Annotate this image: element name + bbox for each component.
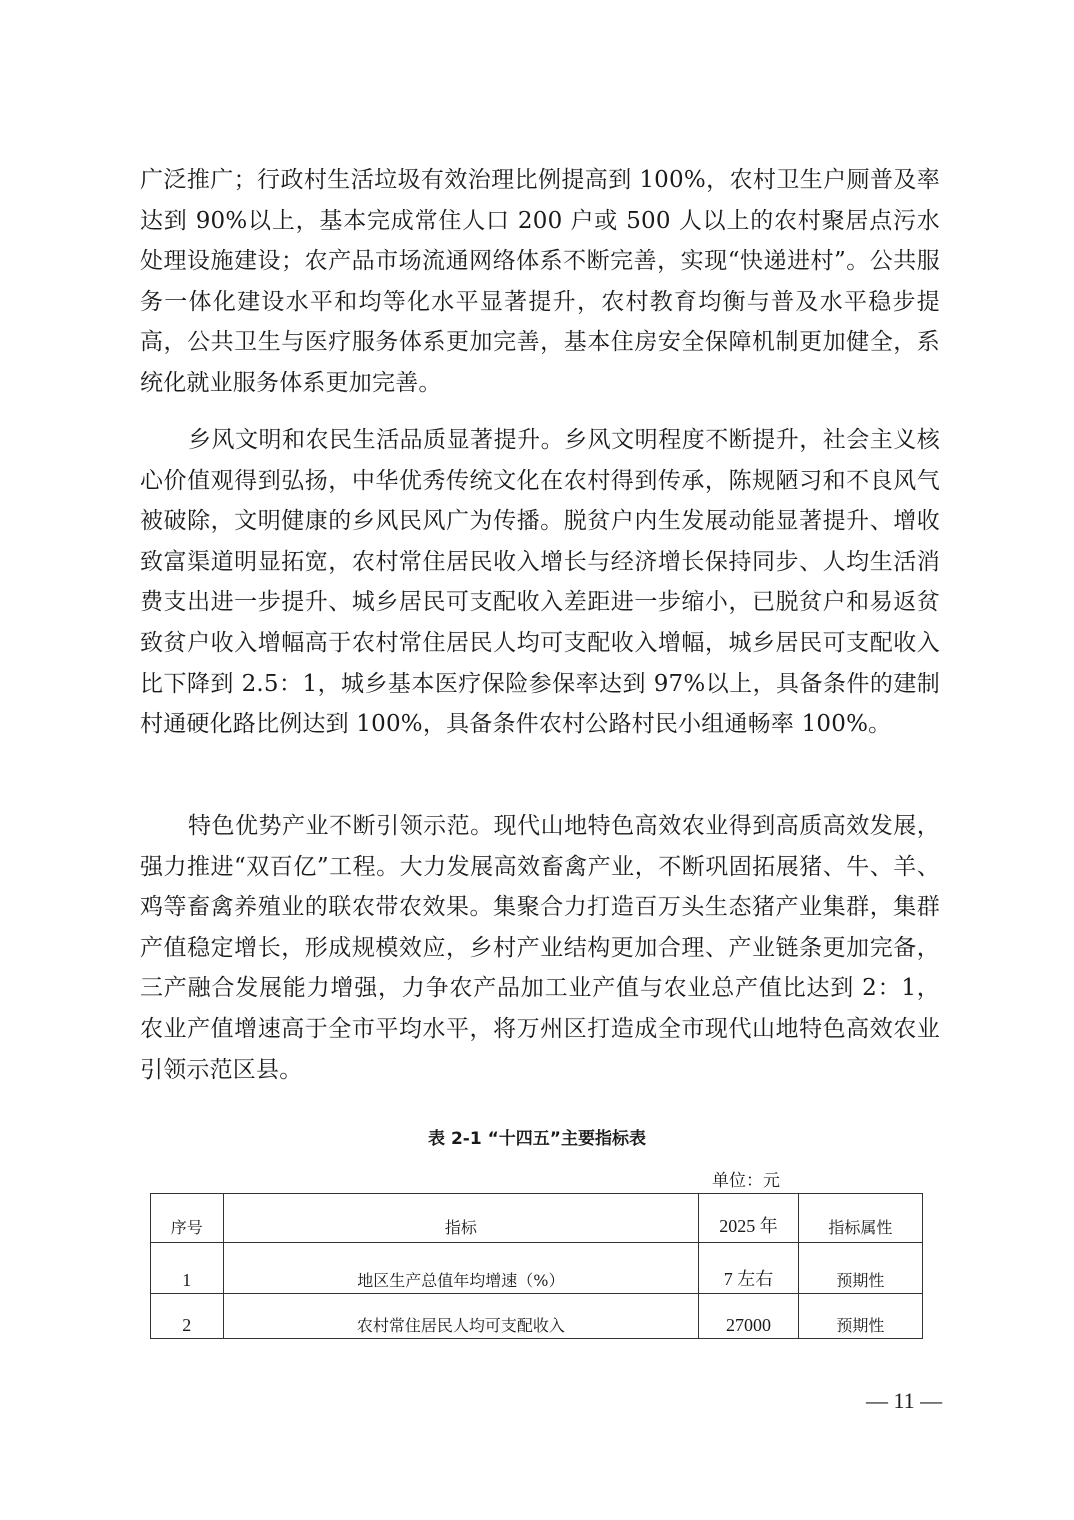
cell-value: 27000 <box>699 1294 799 1339</box>
paragraph-featured-industries: 特色优势产业不断引领示范。现代山地特色高效农业得到高质高效发展，强力推进“双百亿… <box>140 806 940 1090</box>
document-page: 广泛推广；行政村生活垃圾有效治理比例提高到 100%，农村卫生户厕普及率达到 9… <box>0 0 1074 1520</box>
table-caption: 表 2-1 “十四五”主要指标表 <box>0 1124 1074 1149</box>
header-indicator: 指标 <box>223 1194 699 1243</box>
cell-attribute: 预期性 <box>798 1243 922 1294</box>
header-attribute: 指标属性 <box>798 1194 922 1243</box>
table-header-row: 序号 指标 2025 年 指标属性 <box>151 1194 923 1243</box>
paragraph-rural-civilization: 乡风文明和农民生活品质显著提升。乡风文明程度不断提升，社会主义核心价值观得到弘扬… <box>140 420 940 745</box>
paragraph-text: 特色优势产业不断引领示范。现代山地特色高效农业得到高质高效发展，强力推进“双百亿… <box>140 806 940 1090</box>
cell-index: 2 <box>151 1294 224 1339</box>
indicators-table: 序号 指标 2025 年 指标属性 1 地区生产总值年均增速（%） 7 左右 预… <box>150 1193 923 1339</box>
header-year: 2025 年 <box>699 1194 799 1243</box>
table-row: 2 农村常住居民人均可支配收入 27000 预期性 <box>151 1294 923 1339</box>
cell-indicator: 地区生产总值年均增速（%） <box>223 1243 699 1294</box>
paragraph-public-services: 广泛推广；行政村生活垃圾有效治理比例提高到 100%，农村卫生户厕普及率达到 9… <box>140 160 940 404</box>
table-row: 1 地区生产总值年均增速（%） 7 左右 预期性 <box>151 1243 923 1294</box>
page-number: — 11 — <box>866 1388 942 1414</box>
header-index: 序号 <box>151 1194 224 1243</box>
paragraph-text: 广泛推广；行政村生活垃圾有效治理比例提高到 100%，农村卫生户厕普及率达到 9… <box>140 160 940 404</box>
cell-index: 1 <box>151 1243 224 1294</box>
cell-value: 7 左右 <box>699 1243 799 1294</box>
paragraph-text: 乡风文明和农民生活品质显著提升。乡风文明程度不断提升，社会主义核心价值观得到弘扬… <box>140 420 940 745</box>
cell-indicator: 农村常住居民人均可支配收入 <box>223 1294 699 1339</box>
table-unit-label: 单位：元 <box>712 1166 780 1191</box>
cell-attribute: 预期性 <box>798 1294 922 1339</box>
